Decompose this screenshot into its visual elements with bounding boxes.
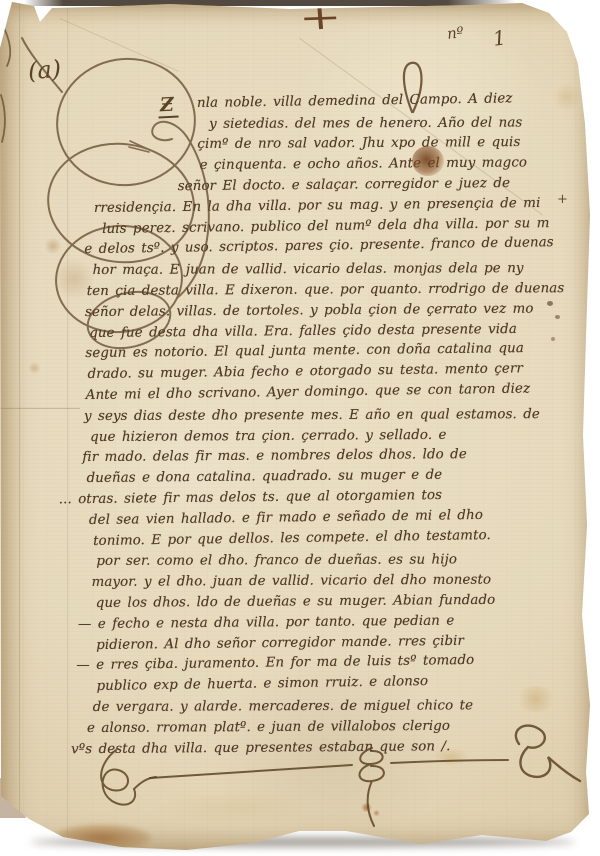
manuscript-line: y seys dias deste dho presente mes. E añ…: [84, 405, 540, 427]
photo-background: (a) + nº 1 Ƶ + nla noble. villa demedina…: [0, 0, 600, 856]
manuscript-line: fir mado. delas fir mas. e nombres delos…: [82, 445, 467, 468]
manuscript-line: hor maça. E juan de vallid. vicario dela…: [93, 259, 524, 281]
manuscript-line: que hizieron demos tra çion. çerrado. y …: [90, 425, 447, 447]
manuscript-line: e alonso. rroman platº. e juan de villal…: [87, 717, 450, 739]
manuscript-text-block: nla noble. villa demedina del Campo. A d…: [0, 0, 600, 856]
manuscript-line: nla noble. villa demedina del Campo. A d…: [197, 89, 513, 114]
manuscript-line: mayor. y el dho. juan de vallid. vicario…: [91, 571, 491, 593]
manuscript-line: y sietedias. del mes de henero. Año del …: [209, 113, 522, 134]
manuscript-line: — e fecho e nesta dha villa. por tanto. …: [78, 611, 455, 635]
manuscript-line: e çinquenta. e ocho años. Ante el muy ma…: [199, 154, 527, 177]
manuscript-line: de vergara. y alarde. mercaderes. de mig…: [93, 696, 474, 718]
top-edge-strip: [24, 0, 516, 6]
manuscript-page: (a) + nº 1 Ƶ + nla noble. villa demedina…: [0, 0, 600, 856]
manuscript-line: çimº de nro sal vador. Jhu xpo de mill e…: [197, 133, 520, 155]
manuscript-line: vºs desta dha villa. que presentes estab…: [71, 737, 450, 760]
manuscript-line: que los dhos. ldo de dueñas e su muger. …: [96, 591, 496, 614]
manuscript-line: publico exp de huerta. e simon rruiz. e …: [96, 672, 428, 697]
manuscript-line: señor El docto. e salaçar. corregidor e …: [178, 174, 511, 197]
manuscript-line: por ser. como el dho. franco de dueñas. …: [96, 551, 457, 573]
manuscript-line: ten çia desta villa. E dixeron. que. por…: [87, 279, 565, 302]
